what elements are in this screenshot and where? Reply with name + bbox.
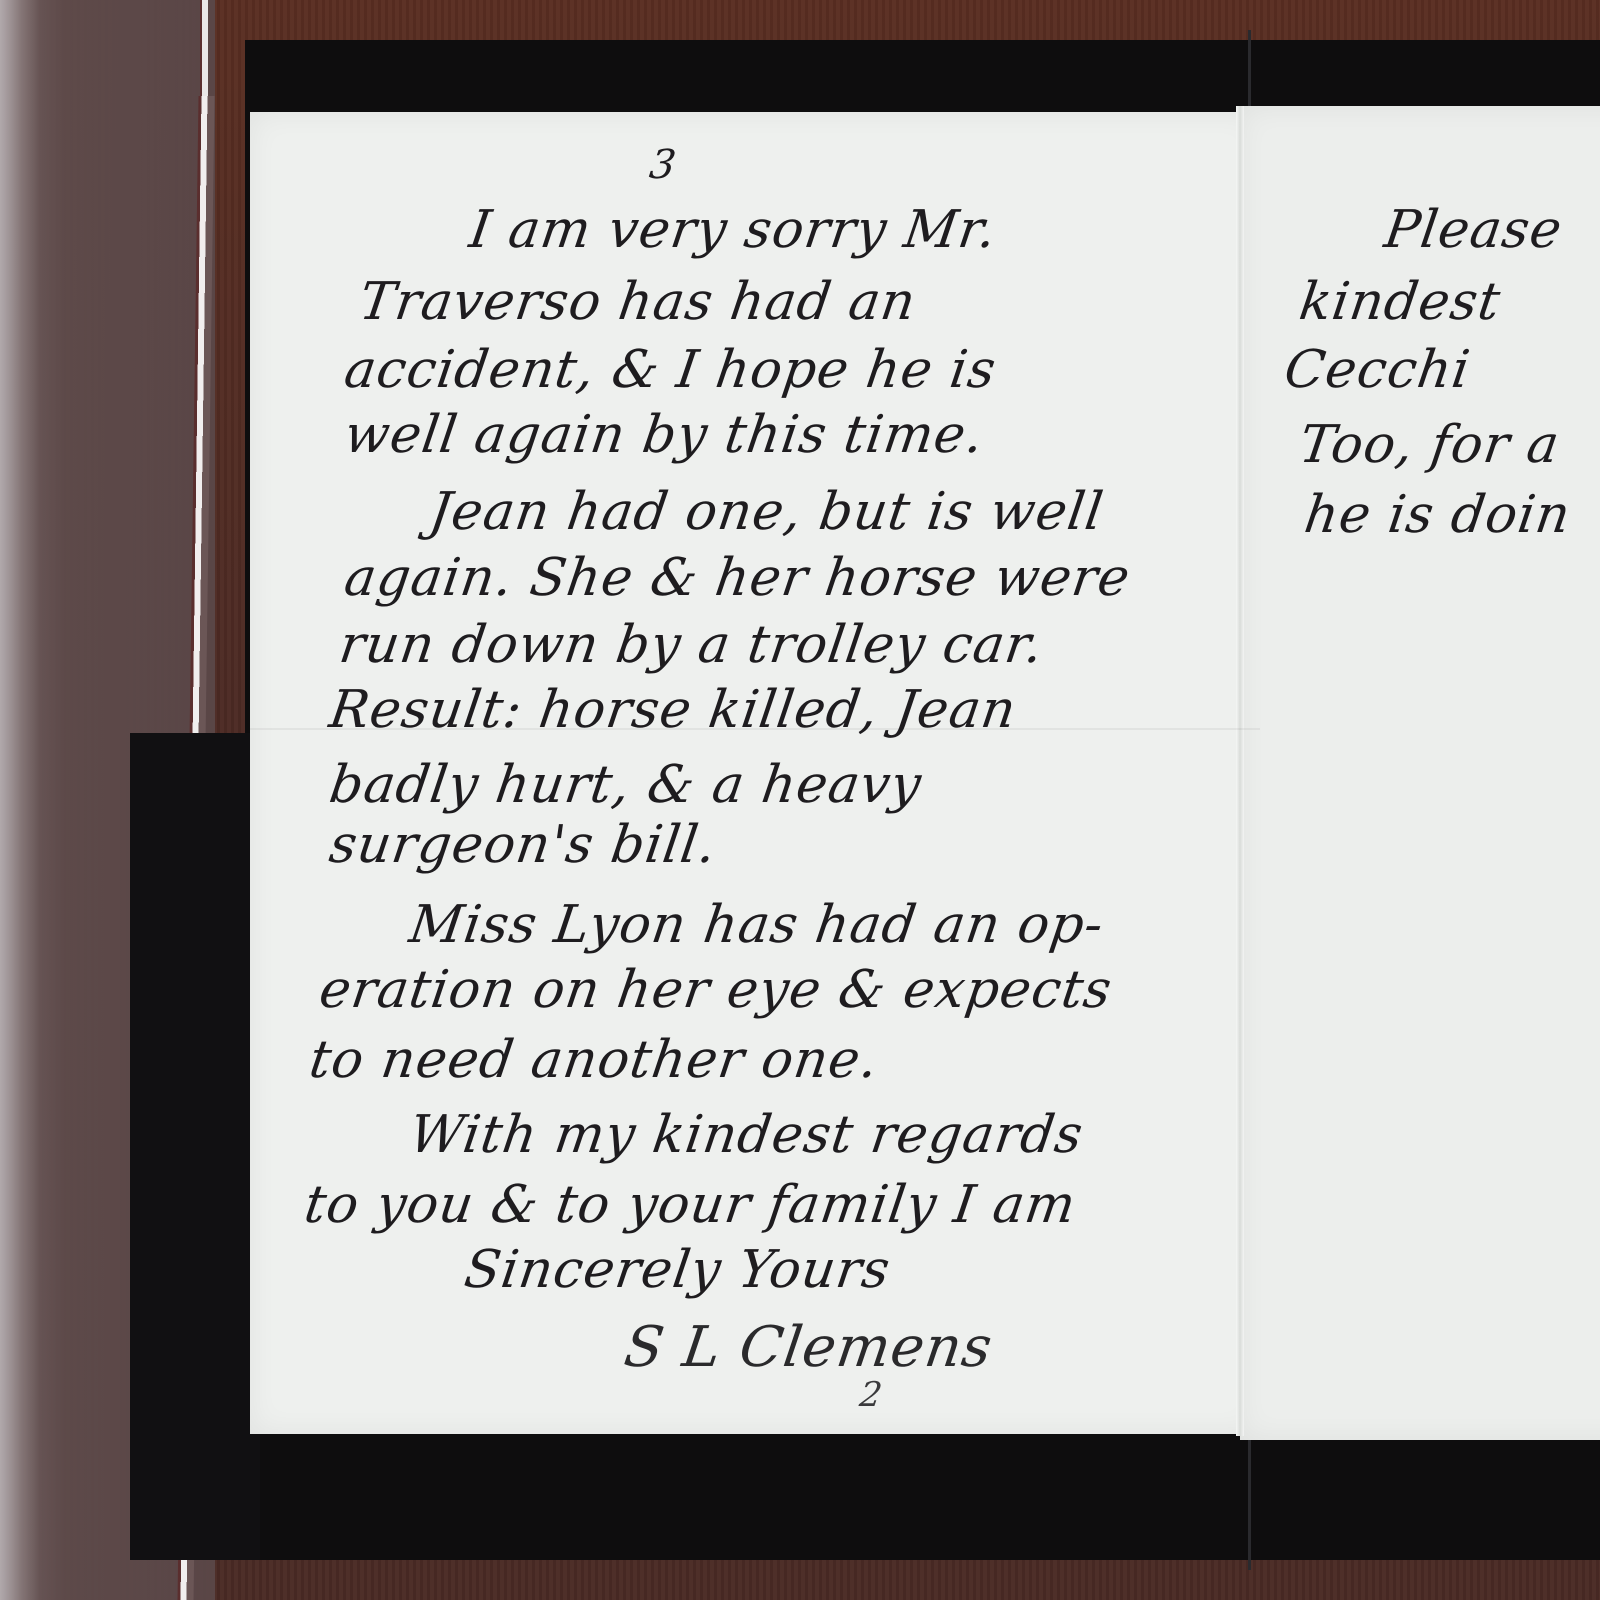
letter-line: With my kindest regards [406,1105,1087,1165]
letter-line: Miss Lyon has had an op- [406,895,1108,955]
letter-line: badly hurt, & a heavy [326,755,926,815]
right-page-line: he is doin [1301,485,1575,545]
letter-line: Jean had one, but is well [426,482,1108,542]
letter-line: again. She & her horse were [341,548,1134,608]
letter-line: accident, & I hope he is [341,340,1000,400]
right-page-line: kindest [1296,272,1505,332]
letter-line: to need another one. [306,1030,882,1090]
signature: S L Clemens [620,1315,996,1380]
plexiglass-shine [0,0,40,1600]
right-page-line: Too, for a [1296,415,1564,475]
letter-line: well again by this time. [341,405,988,465]
right-page-line: Please [1381,200,1566,260]
right-page-line: Cecchi [1281,340,1474,400]
letter-line: surgeon's bill. [326,815,721,875]
letter-line: Result: horse killed, Jean [326,680,1020,740]
letter-closing: Sincerely Yours [461,1240,894,1300]
letter-line: I am very sorry Mr. [466,200,1001,260]
letter-fold [1236,106,1244,1436]
letter-line: Traverso has had an [356,272,920,332]
letter-line: eration on her eye & expects [316,960,1116,1020]
letter-line: to you & to your family I am [301,1175,1080,1235]
letter-line: run down by a trolley car. [336,615,1047,675]
holder-edge-top [200,0,208,100]
black-mat-lower-left [130,733,260,1560]
